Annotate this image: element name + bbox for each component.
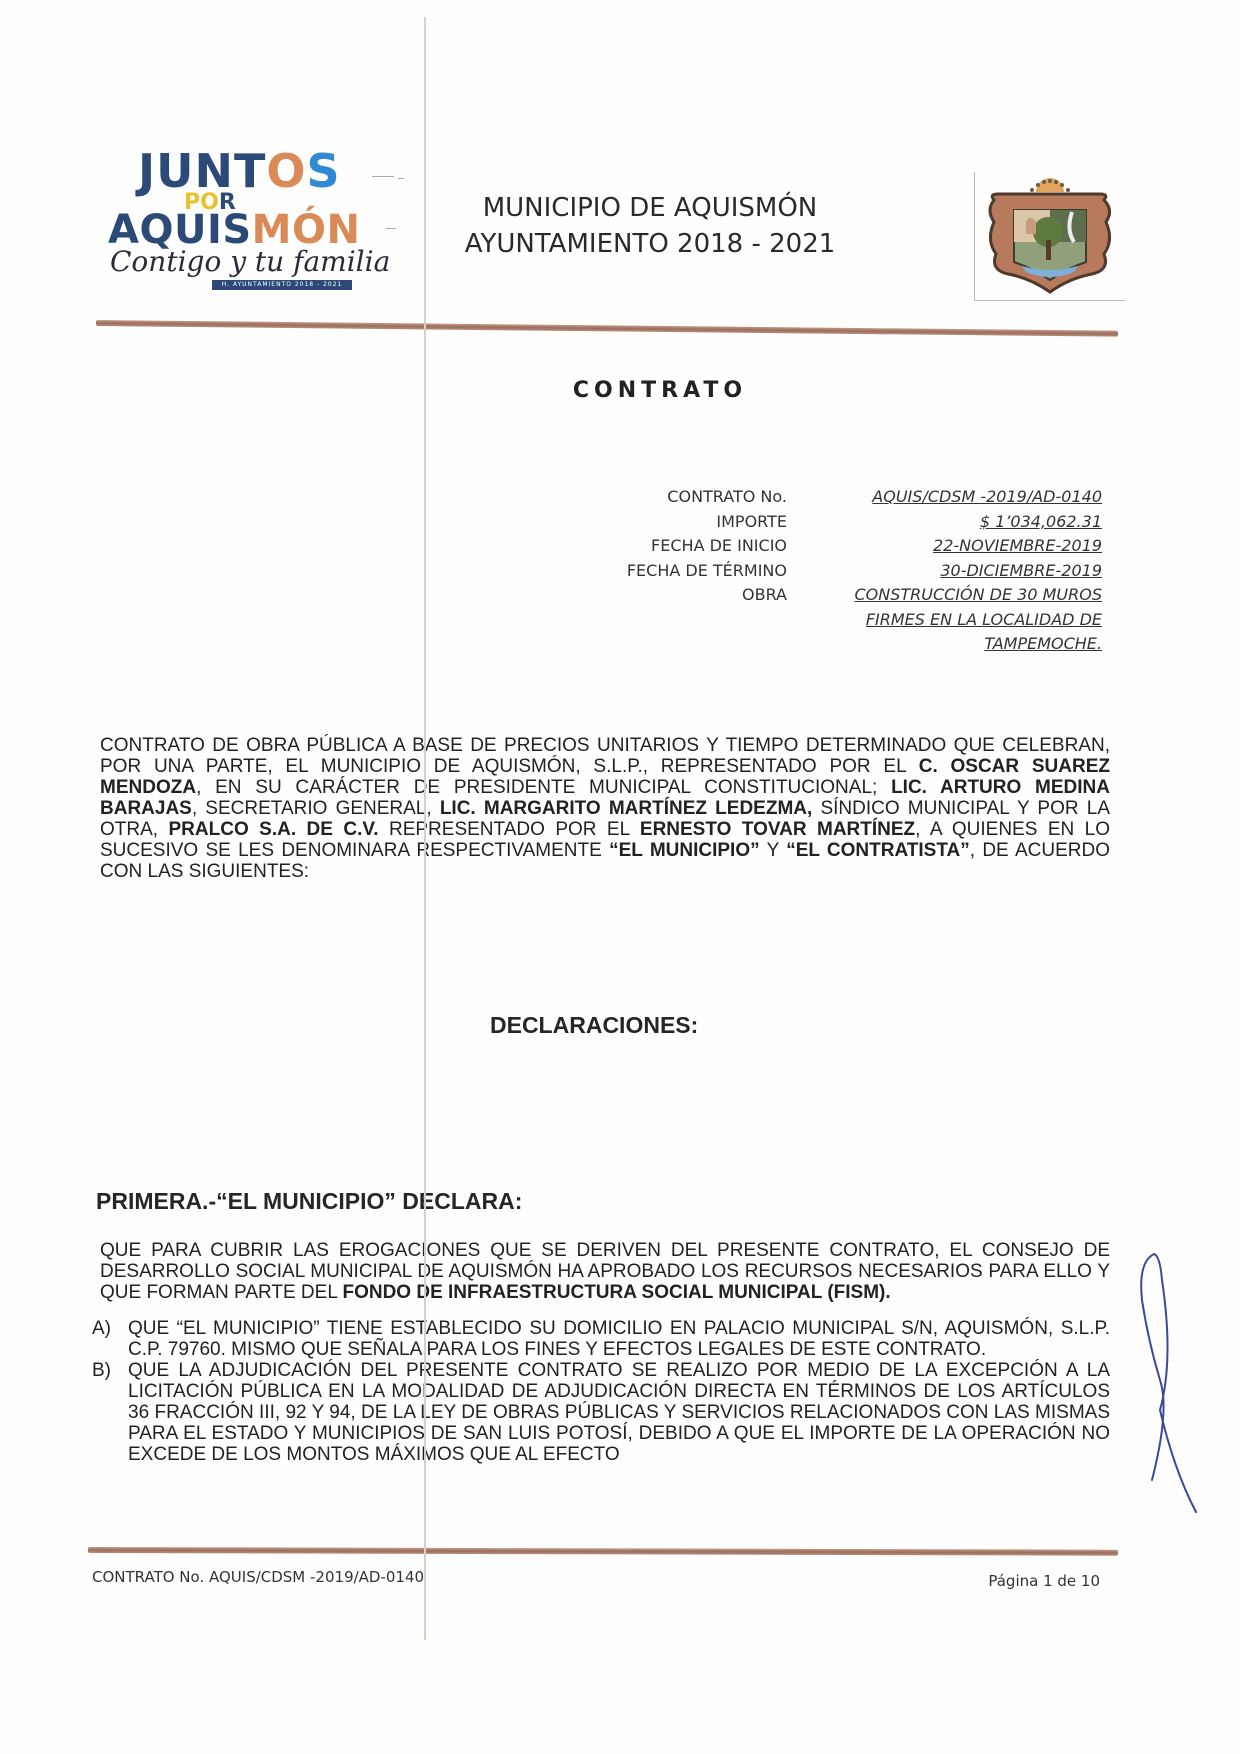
list-item: A)QUE “EL MUNICIPIO” TIENE ESTABLECIDO S… xyxy=(92,1318,1110,1360)
summary-value: CONSTRUCCIÓN DE 30 MUROSFIRMES EN LA LOC… xyxy=(815,583,1102,657)
summary-row: FECHA DE TÉRMINO30-DICIEMBRE-2019 xyxy=(600,559,1102,584)
logo-word-juntos: JUNTOS xyxy=(138,148,341,194)
summary-row: FECHA DE INICIO22-NOVIEMBRE-2019 xyxy=(600,534,1102,559)
summary-label: OBRA xyxy=(600,583,815,657)
list-item: B)QUE LA ADJUDICACIÓN DEL PRESENTE CONTR… xyxy=(92,1360,1110,1465)
document-title: CONTRATO xyxy=(430,378,890,403)
handwritten-signature xyxy=(1130,1240,1210,1530)
scan-artifact xyxy=(398,178,404,179)
footer-contract-ref: CONTRATO No. AQUIS/CDSM -2019/AD-0140 xyxy=(92,1568,424,1586)
summary-value: $ 1’034,062.31 xyxy=(815,510,1102,535)
logo-band: H. AYUNTAMIENTO 2018 - 2021 xyxy=(212,280,352,290)
primera-declarations-list: A)QUE “EL MUNICIPIO” TIENE ESTABLECIDO S… xyxy=(92,1318,1110,1465)
scan-artifact xyxy=(372,176,394,177)
summary-row: IMPORTE$ 1’034,062.31 xyxy=(600,510,1102,535)
header-title-line2: AYUNTAMIENTO 2018 - 2021 xyxy=(440,226,860,262)
header-divider xyxy=(96,320,1118,337)
scan-fold-line xyxy=(424,17,426,1640)
summary-value: 30-DICIEMBRE-2019 xyxy=(815,559,1102,584)
summary-value: 22-NOVIEMBRE-2019 xyxy=(815,534,1102,559)
contract-summary: CONTRATO No.AQUIS/CDSM -2019/AD-0140IMPO… xyxy=(600,485,1102,657)
scan-artifact xyxy=(386,228,396,229)
primera-paragraph: QUE PARA CUBRIR LAS EROGACIONES QUE SE D… xyxy=(100,1240,1110,1303)
summary-value: AQUIS/CDSM -2019/AD-0140 xyxy=(815,485,1102,510)
footer-divider xyxy=(88,1547,1118,1556)
summary-row: CONTRATO No.AQUIS/CDSM -2019/AD-0140 xyxy=(600,485,1102,510)
summary-label: IMPORTE xyxy=(600,510,815,535)
primera-heading: PRIMERA.-“EL MUNICIPIO” DECLARA: xyxy=(96,1188,522,1215)
header-title: MUNICIPIO DE AQUISMÓN AYUNTAMIENTO 2018 … xyxy=(440,190,860,262)
summary-label: FECHA DE TÉRMINO xyxy=(600,559,815,584)
declaraciones-heading: DECLARACIONES: xyxy=(490,1012,698,1039)
summary-label: FECHA DE INICIO xyxy=(600,534,815,559)
coat-of-arms-icon xyxy=(974,170,1124,300)
header-title-line1: MUNICIPIO DE AQUISMÓN xyxy=(440,190,860,226)
intro-paragraph: CONTRATO DE OBRA PÚBLICA A BASE DE PRECI… xyxy=(100,735,1110,882)
summary-label: CONTRATO No. xyxy=(600,485,815,510)
page-number: Página 1 de 10 xyxy=(988,1572,1100,1590)
summary-row: OBRACONSTRUCCIÓN DE 30 MUROSFIRMES EN LA… xyxy=(600,583,1102,657)
document-page: JUNTOS POR AQUISMÓN Contigo y tu familia… xyxy=(0,0,1240,1754)
juntos-por-aquismon-logo: JUNTOS POR AQUISMÓN Contigo y tu familia… xyxy=(108,140,358,290)
logo-word-aquismon: AQUISMÓN xyxy=(108,210,360,250)
logo-tagline: Contigo y tu familia xyxy=(110,248,390,276)
